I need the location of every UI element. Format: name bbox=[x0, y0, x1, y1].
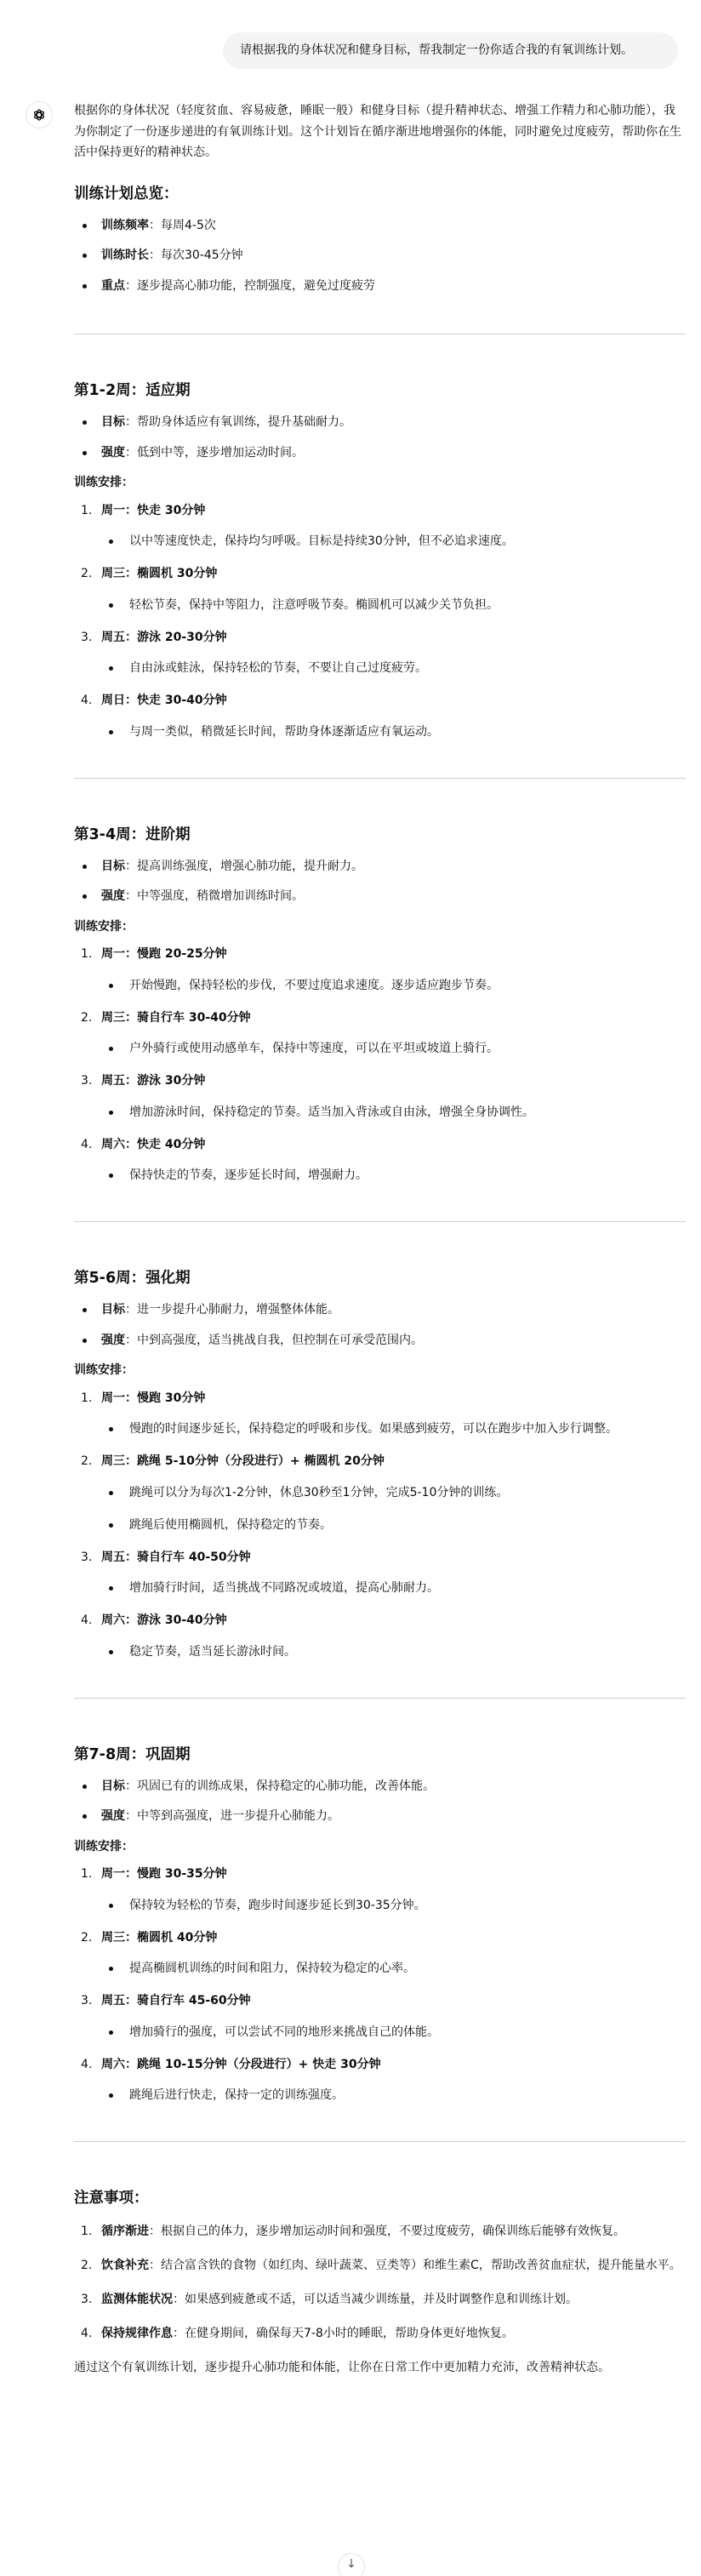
day-number: 4. bbox=[81, 2054, 98, 2076]
schedule-label: 训练安排： bbox=[74, 1360, 686, 1381]
phase-summary: 目标：巩固已有的训练成果，保持稳定的心肺功能，改善体能。 强度：中等到高强度，进… bbox=[74, 1776, 686, 1827]
note-label: 饮食补充 bbox=[101, 2259, 149, 2272]
goal-label: 目标 bbox=[101, 1779, 125, 1793]
day-note: 跳绳可以分为每次1-2分钟，休息30秒至1分钟，完成5-10分钟的训练。 bbox=[101, 1481, 686, 1505]
day-note: 户外骑行或使用动感单车，保持中等速度，可以在平坦或坡道上骑行。 bbox=[101, 1037, 686, 1060]
day-title: 周一：快走 30分钟 bbox=[101, 500, 686, 522]
closing-paragraph: 通过这个有氧训练计划，逐步提升心肺功能和体能，让你在日常工作中更加精力充沛，改善… bbox=[74, 2355, 686, 2380]
phase-goal: 目标：进一步提升心肺耐力，增强整体体能。 bbox=[74, 1299, 686, 1321]
note-label: 监测体能状况 bbox=[101, 2293, 173, 2306]
intensity-text: 中等到高强度，进一步提升心肺能力。 bbox=[137, 1809, 339, 1823]
phase-2-section: 第3-4周：进阶期 目标：提高训练强度，增强心肺功能，提升耐力。 强度：中等强度… bbox=[74, 823, 686, 1188]
note-sep: ： bbox=[173, 2293, 185, 2306]
schedule-list: 1.周一：慢跑 30-35分钟 保持较为轻松的节奏，跑步时间逐步延长到30-35… bbox=[74, 1864, 686, 2107]
goal-label: 目标 bbox=[101, 1303, 125, 1317]
day-number: 2. bbox=[81, 1451, 98, 1472]
note-label: 保持规律作息 bbox=[101, 2327, 173, 2340]
goal-text: 提高训练强度，增强心肺功能，提升耐力。 bbox=[137, 860, 363, 873]
day-note: 自由泳或蛙泳，保持轻松的节奏，不要让自己过度疲劳。 bbox=[101, 656, 686, 680]
schedule-day: 1.周一：慢跑 30-35分钟 保持较为轻松的节奏，跑步时间逐步延长到30-35… bbox=[74, 1864, 686, 1917]
schedule-label: 训练安排： bbox=[74, 1836, 686, 1858]
note-number: 3. bbox=[81, 2287, 92, 2312]
divider bbox=[74, 2141, 686, 2142]
schedule-list: 1.周一：慢跑 30分钟 慢跑的时间逐步延长，保持稳定的呼吸和步伐。如果感到疲劳… bbox=[74, 1388, 686, 1664]
day-note: 开始慢跑，保持轻松的步伐，不要过度追求速度。逐步适应跑步节奏。 bbox=[101, 974, 686, 997]
intensity-label: 强度 bbox=[101, 446, 125, 460]
day-number: 3. bbox=[81, 1547, 98, 1568]
divider bbox=[74, 778, 686, 779]
chat-thread: 请根据我的身体状况和健身目标，帮我制定一份你适合我的有氧训练计划。 根据你的身体… bbox=[0, 0, 701, 2380]
day-title: 周五：骑自行车 40-50分钟 bbox=[101, 1547, 686, 1568]
phase-heading: 第5-6周：强化期 bbox=[74, 1266, 686, 1290]
schedule-label: 训练安排： bbox=[74, 917, 686, 938]
day-note: 增加游泳时间，保持稳定的节奏。适当加入背泳或自由泳，增强全身协调性。 bbox=[101, 1100, 686, 1124]
day-title: 周三：椭圆机 40分钟 bbox=[101, 1928, 686, 1949]
goal-text: 帮助身体适应有氧训练，提升基础耐力。 bbox=[137, 415, 351, 429]
notes-heading: 注意事项： bbox=[74, 2186, 686, 2210]
schedule-day: 2.周三：骑自行车 30-40分钟 户外骑行或使用动感单车，保持中等速度，可以在… bbox=[74, 1008, 686, 1061]
assistant-content: 根据你的身体状况（轻度贫血、容易疲惫，睡眠一般）和健身目标（提升精神状态、增强工… bbox=[74, 100, 686, 2380]
schedule-label: 训练安排： bbox=[74, 472, 686, 494]
phase-goal: 目标：提高训练强度，增强心肺功能，提升耐力。 bbox=[74, 856, 686, 877]
day-note: 轻松节奏，保持中等阻力，注意呼吸节奏。椭圆机可以减少关节负担。 bbox=[101, 593, 686, 617]
intensity-text: 中等强度，稍微增加训练时间。 bbox=[137, 889, 304, 903]
day-number: 3. bbox=[81, 627, 98, 648]
day-title: 周五：骑自行车 45-60分钟 bbox=[101, 1991, 686, 2012]
note-sep: ： bbox=[149, 2225, 161, 2238]
notes-list: 1.循序渐进：根据自己的体力，逐步增加运动时间和强度，不要过度疲劳，确保训练后能… bbox=[74, 2219, 686, 2346]
schedule-day: 2.周三：跳绳 5-10分钟（分段进行）+ 椭圆机 20分钟 跳绳可以分为每次1… bbox=[74, 1451, 686, 1537]
day-number: 1. bbox=[81, 1864, 98, 1885]
goal-text: 巩固已有的训练成果，保持稳定的心肺功能，改善体能。 bbox=[137, 1779, 435, 1793]
user-message-bubble: 请根据我的身体状况和健身目标，帮我制定一份你适合我的有氧训练计划。 bbox=[223, 32, 678, 69]
schedule-day: 3.周五：骑自行车 40-50分钟 增加骑行时间，适当挑战不同路况或坡道，提高心… bbox=[74, 1547, 686, 1601]
phase-summary: 目标：帮助身体适应有氧训练，提升基础耐力。 强度：低到中等，逐步增加运动时间。 bbox=[74, 412, 686, 463]
scroll-to-bottom-button[interactable]: ↓ bbox=[338, 2553, 365, 2576]
overview-list: 训练频率：每周4-5次 训练时长：每次30-45分钟 重点：逐步提高心肺功能，控… bbox=[74, 215, 686, 297]
arrow-down-icon: ↓ bbox=[346, 2554, 356, 2575]
day-title: 周三：跳绳 5-10分钟（分段进行）+ 椭圆机 20分钟 bbox=[101, 1451, 686, 1472]
item-label: 重点 bbox=[101, 279, 125, 293]
day-number: 3. bbox=[81, 1071, 98, 1092]
day-title: 周一：慢跑 20-25分钟 bbox=[101, 944, 686, 965]
user-message-text: 请根据我的身体状况和健身目标，帮我制定一份你适合我的有氧训练计划。 bbox=[240, 43, 633, 57]
phase-summary: 目标：进一步提升心肺耐力，增强整体体能。 强度：中到高强度，适当挑战自我，但控制… bbox=[74, 1299, 686, 1351]
day-note: 与周一类似，稍微延长时间，帮助身体逐渐适应有氧运动。 bbox=[101, 720, 686, 744]
day-number: 2. bbox=[81, 1928, 98, 1949]
schedule-day: 2.周三：椭圆机 40分钟 提高椭圆机训练的时间和阻力，保持较为稳定的心率。 bbox=[74, 1928, 686, 1981]
schedule-day: 1.周一：慢跑 30分钟 慢跑的时间逐步延长，保持稳定的呼吸和步伐。如果感到疲劳… bbox=[74, 1388, 686, 1442]
note-number: 1. bbox=[81, 2219, 92, 2244]
phase-3-section: 第5-6周：强化期 目标：进一步提升心肺耐力，增强整体体能。 强度：中到高强度，… bbox=[74, 1266, 686, 1664]
intensity-text: 低到中等，逐步增加运动时间。 bbox=[137, 446, 304, 460]
day-note: 跳绳后使用椭圆机，保持稳定的节奏。 bbox=[101, 1513, 686, 1537]
note-sep: ： bbox=[173, 2327, 185, 2340]
schedule-day: 4.周六：跳绳 10-15分钟（分段进行）+ 快走 30分钟 跳绳后进行快走，保… bbox=[74, 2054, 686, 2108]
note-label: 循序渐进 bbox=[101, 2225, 149, 2238]
day-number: 3. bbox=[81, 1991, 98, 2012]
phase-heading: 第7-8周：巩固期 bbox=[74, 1743, 686, 1767]
schedule-day: 4.周六：游泳 30-40分钟 稳定节奏，适当延长游泳时间。 bbox=[74, 1610, 686, 1664]
note-item: 2.饮食补充：结合富含铁的食物（如红肉、绿叶蔬菜、豆类等）和维生素C，帮助改善贫… bbox=[74, 2253, 686, 2278]
note-text: 在健身期间，确保每天7-8小时的睡眠，帮助身体更好地恢复。 bbox=[185, 2327, 514, 2340]
schedule-day: 3.周五：骑自行车 45-60分钟 增加骑行的强度，可以尝试不同的地形来挑战自己… bbox=[74, 1991, 686, 2044]
note-number: 4. bbox=[81, 2321, 92, 2346]
overview-item-duration: 训练时长：每次30-45分钟 bbox=[74, 245, 686, 266]
note-text: 如果感到疲惫或不适，可以适当减少训练量，并及时调整作息和训练计划。 bbox=[185, 2293, 578, 2306]
day-title: 周日：快走 30-40分钟 bbox=[101, 690, 686, 711]
day-note: 增加骑行时间，适当挑战不同路况或坡道，提高心肺耐力。 bbox=[101, 1576, 686, 1600]
day-note: 增加骑行的强度，可以尝试不同的地形来挑战自己的体能。 bbox=[101, 2020, 686, 2044]
phase-goal: 目标：帮助身体适应有氧训练，提升基础耐力。 bbox=[74, 412, 686, 433]
item-sep: ： bbox=[149, 248, 161, 262]
day-number: 2. bbox=[81, 1008, 98, 1029]
note-sep: ： bbox=[149, 2259, 161, 2272]
day-title: 周三：椭圆机 30分钟 bbox=[101, 563, 686, 585]
phase-intensity: 强度：中等到高强度，进一步提升心肺能力。 bbox=[74, 1806, 686, 1827]
day-number: 1. bbox=[81, 500, 98, 522]
goal-label: 目标 bbox=[101, 860, 125, 873]
day-title: 周六：跳绳 10-15分钟（分段进行）+ 快走 30分钟 bbox=[101, 2054, 686, 2076]
schedule-day: 4.周日：快走 30-40分钟 与周一类似，稍微延长时间，帮助身体逐渐适应有氧运… bbox=[74, 690, 686, 744]
goal-label: 目标 bbox=[101, 415, 125, 429]
user-message-row: 请根据我的身体状况和健身目标，帮我制定一份你适合我的有氧训练计划。 bbox=[0, 32, 701, 69]
phase-intensity: 强度：低到中等，逐步增加运动时间。 bbox=[74, 443, 686, 464]
schedule-list: 1.周一：慢跑 20-25分钟 开始慢跑，保持轻松的步伐，不要过度追求速度。逐步… bbox=[74, 944, 686, 1187]
overview-heading: 训练计划总览： bbox=[74, 182, 686, 206]
day-note: 保持快走的节奏，逐步延长时间，增强耐力。 bbox=[101, 1163, 686, 1187]
phase-summary: 目标：提高训练强度，增强心肺功能，提升耐力。 强度：中等强度，稍微增加训练时间。 bbox=[74, 856, 686, 907]
assistant-avatar bbox=[26, 101, 53, 129]
day-note: 稳定节奏，适当延长游泳时间。 bbox=[101, 1640, 686, 1664]
note-item: 1.循序渐进：根据自己的体力，逐步增加运动时间和强度，不要过度疲劳，确保训练后能… bbox=[74, 2219, 686, 2244]
notes-section: 注意事项： 1.循序渐进：根据自己的体力，逐步增加运动时间和强度，不要过度疲劳，… bbox=[74, 2186, 686, 2380]
item-value: 逐步提高心肺功能，控制强度，避免过度疲劳 bbox=[137, 279, 375, 293]
schedule-day: 4.周六：快走 40分钟 保持快走的节奏，逐步延长时间，增强耐力。 bbox=[74, 1134, 686, 1188]
overview-item-frequency: 训练频率：每周4-5次 bbox=[74, 215, 686, 237]
day-title: 周一：慢跑 30分钟 bbox=[101, 1388, 686, 1409]
phase-4-section: 第7-8周：巩固期 目标：巩固已有的训练成果，保持稳定的心肺功能，改善体能。 强… bbox=[74, 1743, 686, 2108]
intensity-label: 强度 bbox=[101, 889, 125, 903]
day-number: 4. bbox=[81, 1610, 98, 1631]
day-title: 周一：慢跑 30-35分钟 bbox=[101, 1864, 686, 1885]
note-item: 4.保持规律作息：在健身期间，确保每天7-8小时的睡眠，帮助身体更好地恢复。 bbox=[74, 2321, 686, 2346]
schedule-day: 3.周五：游泳 30分钟 增加游泳时间，保持稳定的节奏。适当加入背泳或自由泳，增… bbox=[74, 1071, 686, 1124]
schedule-day: 1.周一：慢跑 20-25分钟 开始慢跑，保持轻松的步伐，不要过度追求速度。逐步… bbox=[74, 944, 686, 997]
note-item: 3.监测体能状况：如果感到疲惫或不适，可以适当减少训练量，并及时调整作息和训练计… bbox=[74, 2287, 686, 2312]
item-sep: ： bbox=[125, 279, 137, 293]
intensity-label: 强度 bbox=[101, 1334, 125, 1347]
day-note: 以中等速度快走，保持均匀呼吸。目标是持续30分钟，但不必追求速度。 bbox=[101, 529, 686, 553]
day-title: 周五：游泳 30分钟 bbox=[101, 1071, 686, 1092]
intensity-label: 强度 bbox=[101, 1809, 125, 1823]
day-number: 2. bbox=[81, 563, 98, 585]
item-label: 训练时长 bbox=[101, 248, 149, 262]
note-text: 结合富含铁的食物（如红肉、绿叶蔬菜、豆类等）和维生素C，帮助改善贫血症状，提升能… bbox=[161, 2259, 681, 2272]
schedule-day: 3.周五：游泳 20-30分钟 自由泳或蛙泳，保持轻松的节奏，不要让自己过度疲劳… bbox=[74, 627, 686, 681]
day-title: 周三：骑自行车 30-40分钟 bbox=[101, 1008, 686, 1029]
openai-logo-icon bbox=[31, 106, 48, 123]
divider bbox=[74, 1221, 686, 1222]
note-text: 根据自己的体力，逐步增加运动时间和强度，不要过度疲劳，确保训练后能够有效恢复。 bbox=[161, 2225, 625, 2238]
item-sep: ： bbox=[149, 219, 161, 232]
phase-goal: 目标：巩固已有的训练成果，保持稳定的心肺功能，改善体能。 bbox=[74, 1776, 686, 1797]
phase-intensity: 强度：中到高强度，适当挑战自我，但控制在可承受范围内。 bbox=[74, 1330, 686, 1351]
divider bbox=[74, 1698, 686, 1699]
day-number: 1. bbox=[81, 944, 98, 965]
day-title: 周六：游泳 30-40分钟 bbox=[101, 1610, 686, 1631]
day-number: 4. bbox=[81, 1134, 98, 1156]
day-note: 保持较为轻松的节奏，跑步时间逐步延长到30-35分钟。 bbox=[101, 1893, 686, 1917]
day-note: 慢跑的时间逐步延长，保持稳定的呼吸和步伐。如果感到疲劳，可以在跑步中加入步行调整… bbox=[101, 1417, 686, 1441]
intensity-text: 中到高强度，适当挑战自我，但控制在可承受范围内。 bbox=[137, 1334, 423, 1347]
overview-item-focus: 重点：逐步提高心肺功能，控制强度，避免过度疲劳 bbox=[74, 276, 686, 297]
assistant-message: 根据你的身体状况（轻度贫血、容易疲惫，睡眠一般）和健身目标（提升精神状态、增强工… bbox=[0, 100, 701, 2380]
schedule-day: 2.周三：椭圆机 30分钟 轻松节奏，保持中等阻力，注意呼吸节奏。椭圆机可以减少… bbox=[74, 563, 686, 617]
schedule-day: 1.周一：快走 30分钟 以中等速度快走，保持均匀呼吸。目标是持续30分钟，但不… bbox=[74, 500, 686, 554]
day-title: 周六：快走 40分钟 bbox=[101, 1134, 686, 1156]
item-label: 训练频率 bbox=[101, 219, 149, 232]
intro-paragraph: 根据你的身体状况（轻度贫血、容易疲惫，睡眠一般）和健身目标（提升精神状态、增强工… bbox=[74, 100, 686, 163]
schedule-list: 1.周一：快走 30分钟 以中等速度快走，保持均匀呼吸。目标是持续30分钟，但不… bbox=[74, 500, 686, 744]
phase-intensity: 强度：中等强度，稍微增加训练时间。 bbox=[74, 886, 686, 907]
day-number: 4. bbox=[81, 690, 98, 711]
day-note: 提高椭圆机训练的时间和阻力，保持较为稳定的心率。 bbox=[101, 1956, 686, 1980]
day-number: 1. bbox=[81, 1388, 98, 1409]
divider bbox=[74, 334, 686, 334]
goal-text: 进一步提升心肺耐力，增强整体体能。 bbox=[137, 1303, 339, 1317]
phase-1-section: 第1-2周：适应期 目标：帮助身体适应有氧训练，提升基础耐力。 强度：低到中等，… bbox=[74, 379, 686, 744]
day-note: 跳绳后进行快走，保持一定的训练强度。 bbox=[101, 2083, 686, 2107]
note-number: 2. bbox=[81, 2253, 92, 2278]
phase-heading: 第3-4周：进阶期 bbox=[74, 823, 686, 847]
phase-heading: 第1-2周：适应期 bbox=[74, 379, 686, 403]
item-value: 每次30-45分钟 bbox=[161, 248, 243, 262]
item-value: 每周4-5次 bbox=[161, 219, 216, 232]
day-title: 周五：游泳 20-30分钟 bbox=[101, 627, 686, 648]
